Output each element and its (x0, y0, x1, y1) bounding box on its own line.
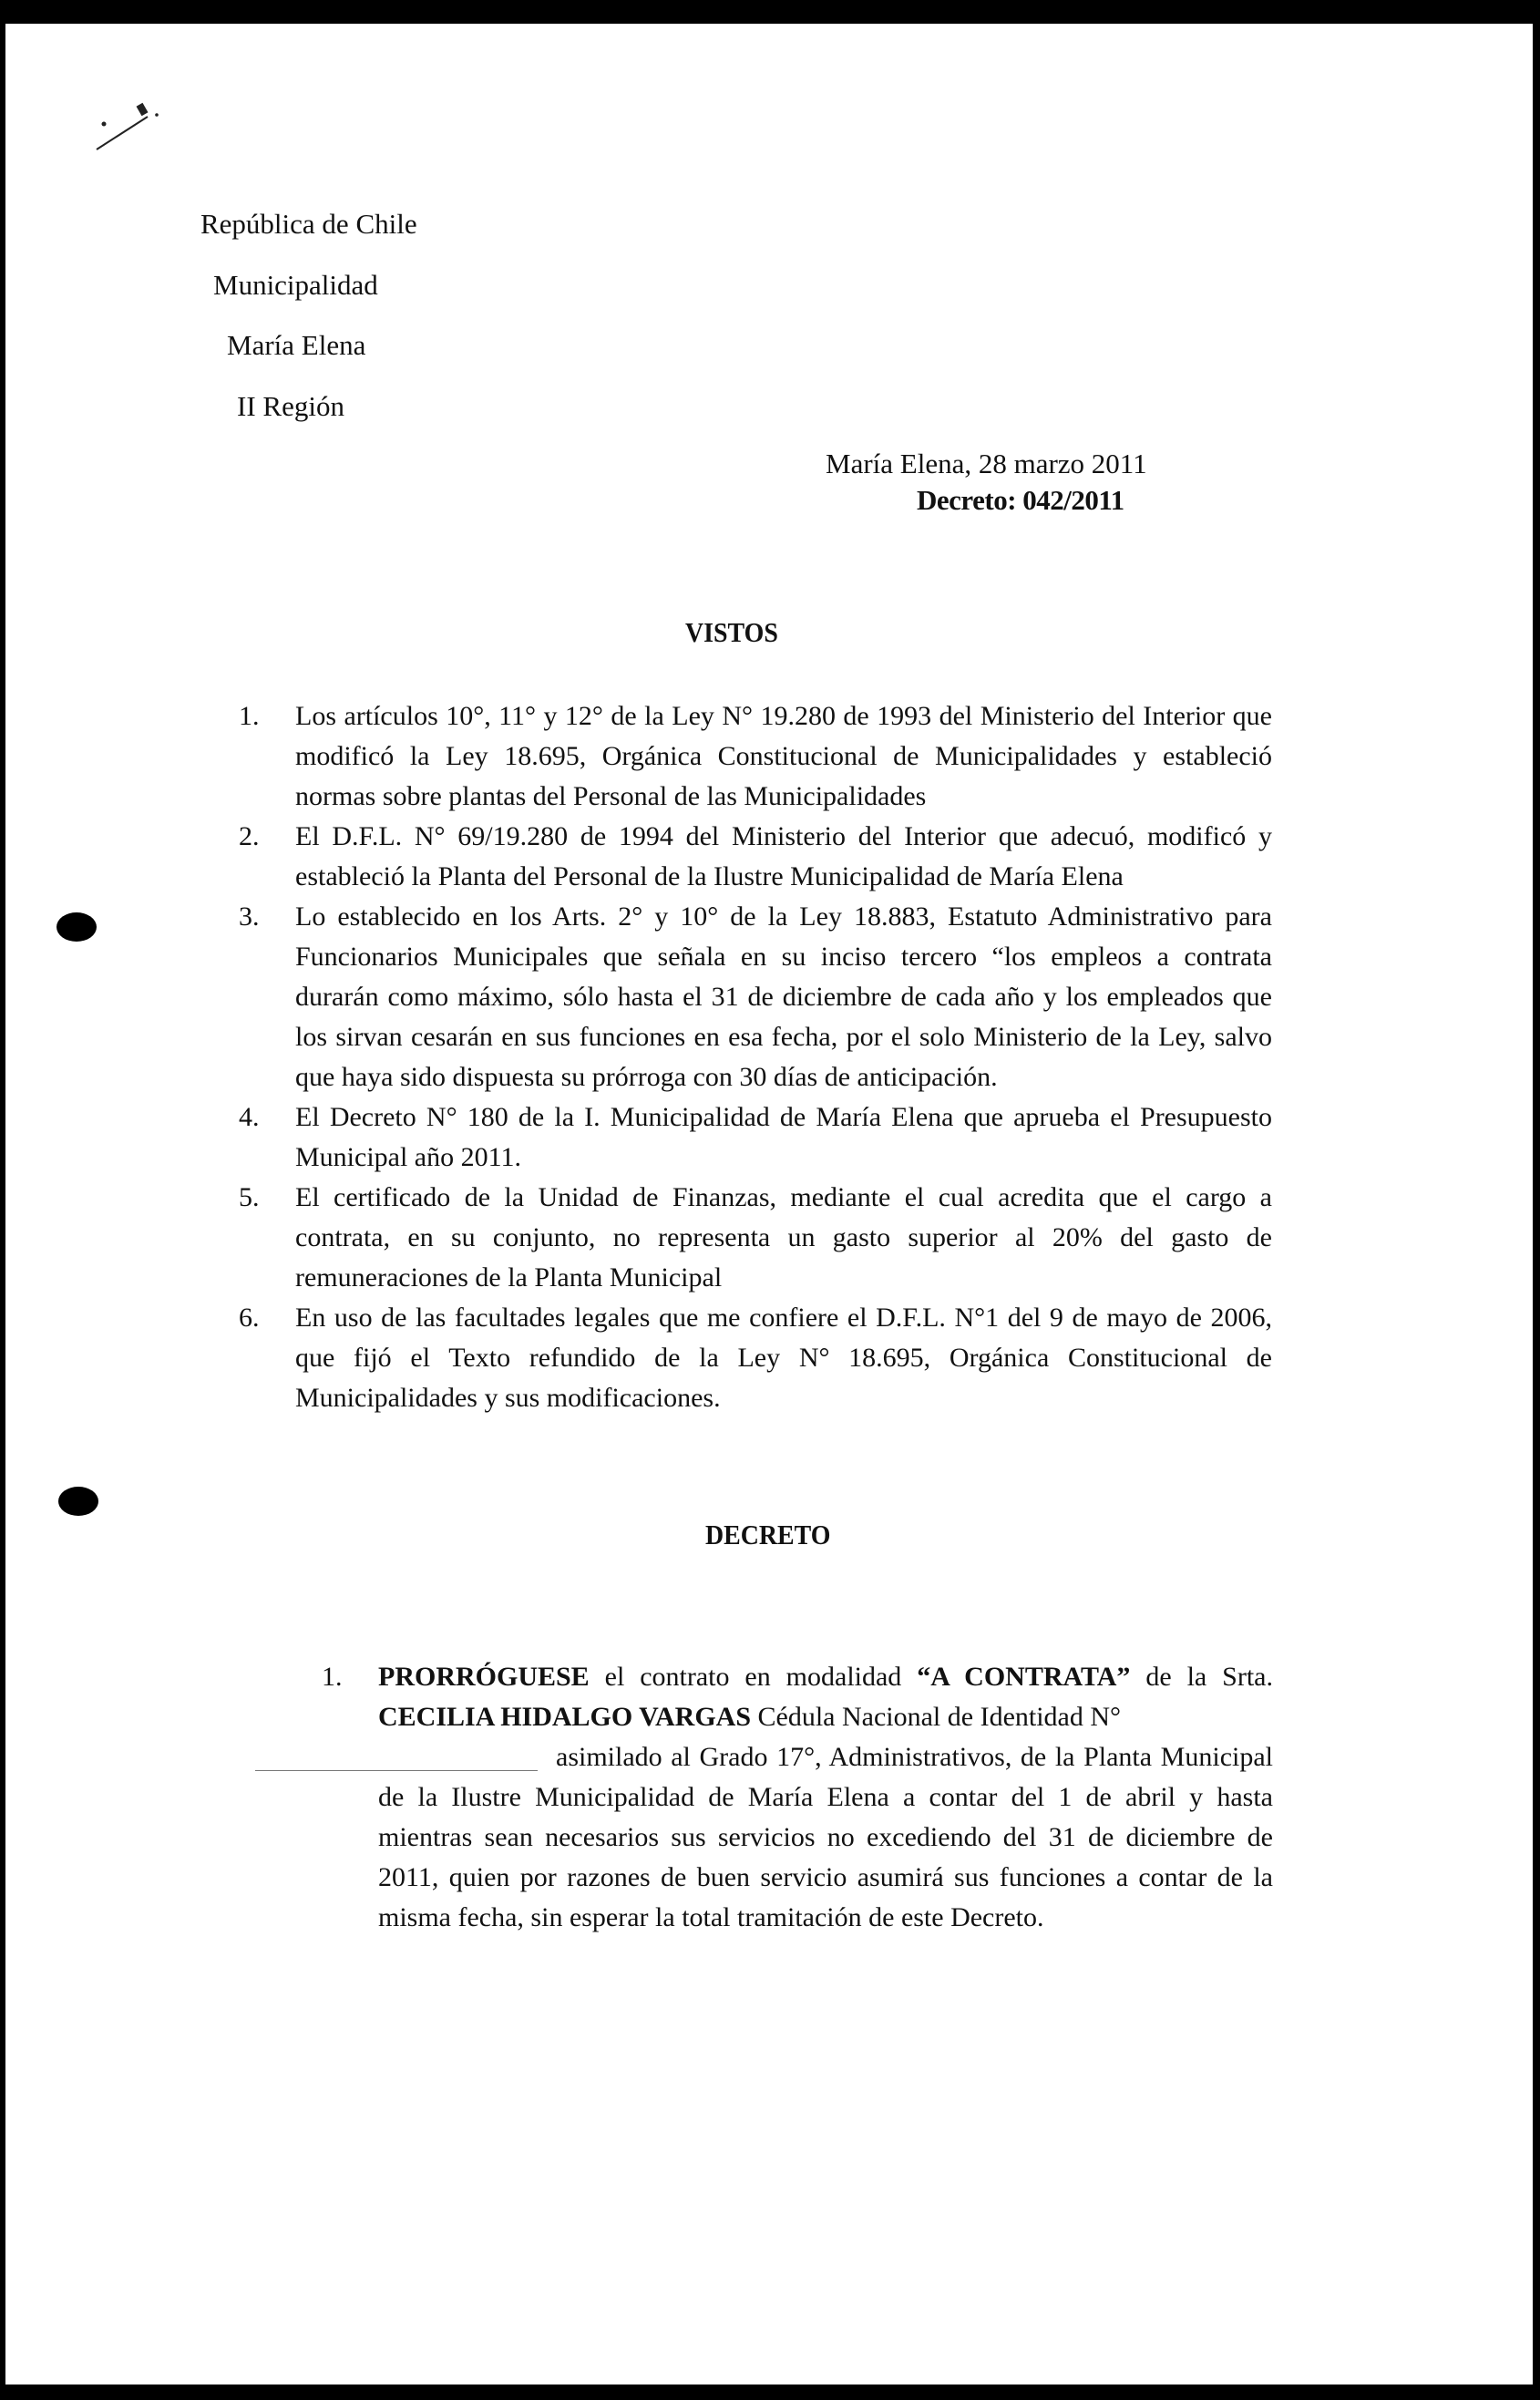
vistos-heading: VISTOS (685, 616, 778, 649)
item-text: En uso de las facultades legales que me … (295, 1298, 1272, 1418)
item-text: Los artículos 10°, 11° y 12° de la Ley N… (295, 696, 1272, 817)
pen-mark-icon (86, 89, 186, 162)
employee-name: CECILIA HIDALGO VARGAS (378, 1702, 751, 1732)
item-number: 1. (322, 1657, 343, 1697)
item-text: El certificado de la Unidad de Finanzas,… (295, 1178, 1272, 1298)
decreto-item: 1. PRORRÓGUESE el contrato en modalidad … (378, 1657, 1273, 1938)
contract-modality: “A CONTRATA” (917, 1662, 1130, 1692)
text-segment: el contrato en modalidad (590, 1662, 918, 1692)
decree-verb: PRORRÓGUESE (378, 1662, 590, 1692)
place-date: María Elena, 28 marzo 2011 (826, 448, 1147, 480)
item-text: El D.F.L. N° 69/19.280 de 1994 del Minis… (295, 817, 1272, 897)
decree-number: Decreto: 042/2011 (917, 484, 1124, 517)
header-region: II Región (237, 388, 344, 425)
decreto-heading: DECRETO (705, 1519, 830, 1551)
item-number: 1. (239, 696, 260, 736)
item-number: 2. (239, 817, 260, 857)
header-country: República de Chile (200, 206, 417, 242)
vistos-item: 4. El Decreto N° 180 de la I. Municipali… (295, 1097, 1272, 1178)
header-institution: Municipalidad (213, 267, 378, 304)
item-text: Lo establecido en los Arts. 2° y 10° de … (295, 897, 1272, 1097)
item-text: El Decreto N° 180 de la I. Municipalidad… (295, 1097, 1272, 1178)
vistos-item: 3. Lo establecido en los Arts. 2° y 10° … (295, 897, 1272, 1097)
vistos-item: 5. El certificado de la Unidad de Finanz… (295, 1178, 1272, 1298)
document-page: República de Chile Municipalidad María E… (5, 24, 1533, 2385)
text-segment: de la Srta. (1130, 1662, 1273, 1692)
vistos-item: 6. En uso de las facultades legales que … (295, 1298, 1272, 1418)
text-segment: Cédula Nacional de Identidad N° (751, 1702, 1121, 1732)
vistos-item: 1. Los artículos 10°, 11° y 12° de la Le… (295, 696, 1272, 817)
punch-hole-icon (56, 912, 97, 942)
item-number: 5. (239, 1178, 260, 1218)
redacted-id-line (255, 1770, 538, 1771)
item-number: 6. (239, 1298, 260, 1338)
item-text: PRORRÓGUESE el contrato en modalidad “A … (378, 1657, 1273, 1938)
decreto-list: 1. PRORRÓGUESE el contrato en modalidad … (378, 1657, 1273, 1938)
punch-hole-icon (58, 1487, 98, 1516)
item-number: 3. (239, 897, 260, 937)
item-number: 4. (239, 1097, 260, 1138)
vistos-item: 2. El D.F.L. N° 69/19.280 de 1994 del Mi… (295, 817, 1272, 897)
header-commune: María Elena (227, 327, 365, 364)
vistos-list: 1. Los artículos 10°, 11° y 12° de la Le… (295, 696, 1272, 1418)
